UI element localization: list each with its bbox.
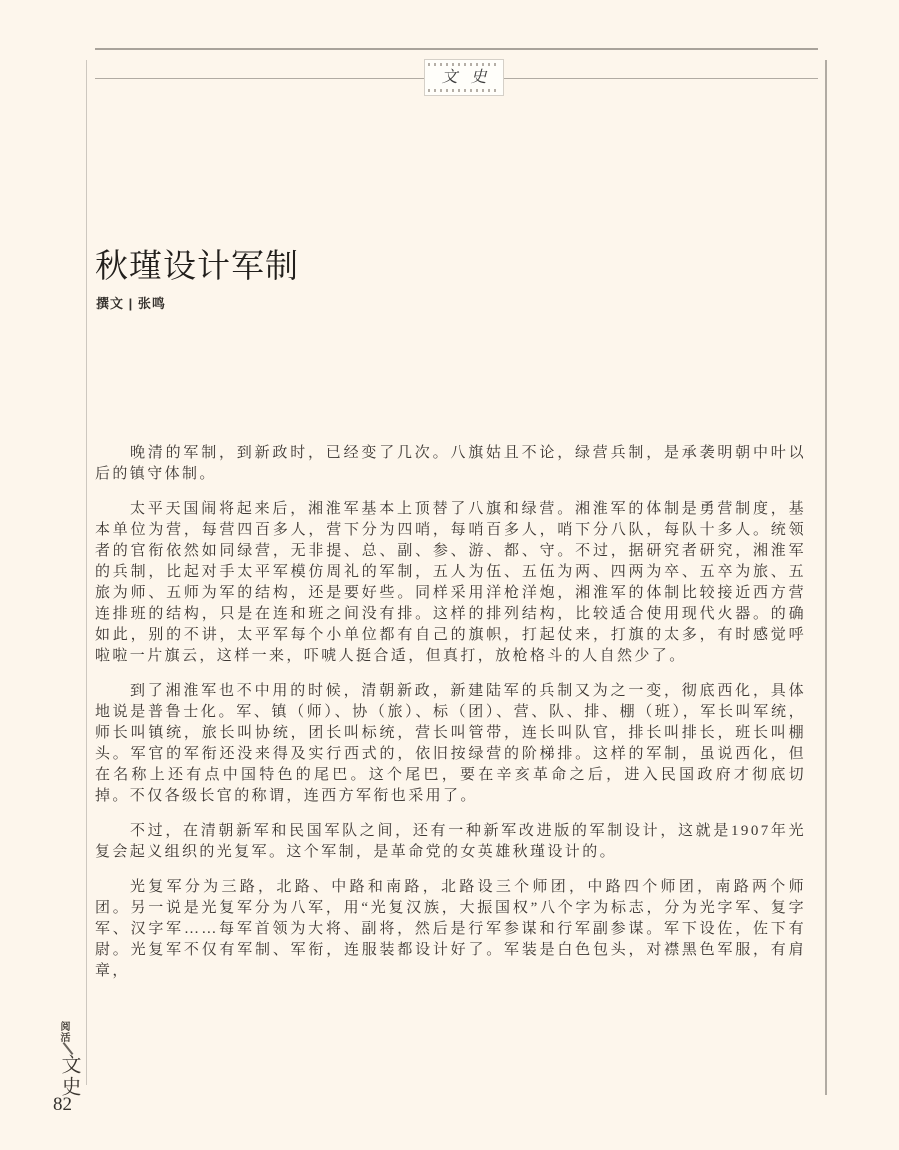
body-paragraph: 不过，在清朝新军和民国军队之间，还有一种新军改进版的军制设计，这就是1907年光…	[95, 821, 806, 863]
footer-section-name: 文史	[55, 1054, 84, 1098]
article-body: 晚清的军制，到新政时，已经变了几次。八旗姑且不论，绿营兵制，是承袭明朝中叶以后的…	[95, 443, 806, 982]
page-title: 秋瑾设计军制	[95, 240, 299, 287]
magazine-page: 文史 秋瑾设计军制 撰文 | 张鸣 晚清的军制，到新政时，已经变了几次。八旗姑且…	[0, 0, 899, 1150]
byline: 撰文 | 张鸣	[96, 293, 166, 312]
body-paragraph: 太平天国闹将起来后，湘淮军基本上顶替了八旗和绿营。湘淮军的体制是勇营制度，基本单…	[95, 499, 806, 667]
page-frame-rule-left	[86, 60, 87, 1085]
footer-magazine-name: 阅活	[56, 1021, 71, 1043]
body-paragraph: 晚清的军制，到新政时，已经变了几次。八旗姑且不论，绿营兵制，是承袭明朝中叶以后的…	[95, 443, 806, 485]
section-label: 文史	[428, 70, 499, 86]
page-number: 82	[53, 1094, 72, 1116]
body-paragraph: 光复军分为三路，北路、中路和南路，北路设三个师团，中路四个师团，南路两个师团。另…	[95, 877, 806, 982]
body-paragraph: 到了湘淮军也不中用的时候，清朝新政，新建陆军的兵制又为之一变，彻底西化，具体地说…	[95, 681, 806, 807]
perforation-strip-bottom	[428, 89, 500, 92]
page-frame-rule-right	[825, 60, 827, 1095]
header-rule-top	[95, 48, 818, 50]
perforation-strip-top	[428, 63, 500, 66]
header-section-box: 文史	[424, 59, 504, 96]
